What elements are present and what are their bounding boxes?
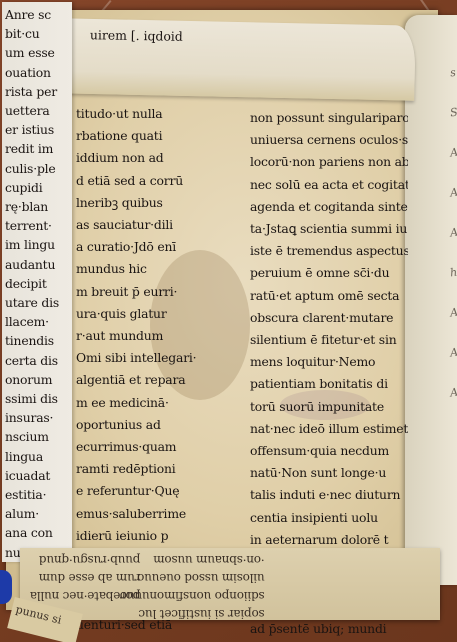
cursive-line: Aleyo <box>447 169 457 214</box>
text-line: ratū·et aptum omē secta <box>250 285 408 307</box>
text-line: decipit <box>5 274 71 293</box>
text-line: oportunius ad <box>76 414 206 436</box>
text-line: llacem· <box>5 312 71 331</box>
text-line: uettera <box>5 101 71 120</box>
text-line: insuras· <box>5 408 71 427</box>
text-line: ·on·sbnaum uusom <box>120 551 265 569</box>
text-line: terrent· <box>5 216 71 235</box>
top-strip-text: uirem [. iqdoid <box>90 27 183 44</box>
text-line: locorū·non pariens non abdit <box>250 151 408 173</box>
text-line: nscium <box>5 427 71 446</box>
text-line: um esse <box>5 43 71 62</box>
text-line: as sauciatur·dili <box>76 214 206 236</box>
text-line: r·aut mundum <box>76 325 206 347</box>
text-line: algentiā et repara <box>76 369 206 391</box>
text-line: estitia· <box>5 485 71 504</box>
text-line: ouation <box>5 63 71 82</box>
text-line: cupidi <box>5 178 71 197</box>
text-line: icuadat <box>5 466 71 485</box>
cursive-line: An <box>447 369 457 414</box>
text-line: rista per <box>5 82 71 101</box>
text-line: culis·ple <box>5 159 71 178</box>
text-line: mundus hic <box>76 258 206 280</box>
bottom-left-inverted-text: porebate·nec nulla rum ab esse dum puub·… <box>30 551 140 605</box>
text-line: nat·nec ideō illum estimet <box>250 418 408 440</box>
text-line: lingua <box>5 447 71 466</box>
text-line: idierū ieiunio p <box>76 525 206 547</box>
blue-object <box>0 570 12 604</box>
text-line: ana con <box>5 523 71 542</box>
text-line: im lingu <box>5 235 71 254</box>
text-line: ad p̄sentē ubiq; mundi <box>250 618 408 640</box>
text-line: rę·blan <box>5 197 71 216</box>
text-line: e referuntur·Quę <box>76 480 206 502</box>
text-line: mens loquitur·Nemo <box>250 351 408 373</box>
text-line: sopiar si iustificet luc <box>120 605 265 623</box>
bottom-inverted-text: sopiar si iustificet luc sdiionpo uonsfi… <box>120 551 265 623</box>
cursive-line: Seru <box>447 89 457 134</box>
text-line: m ee medicinā· <box>76 392 206 414</box>
text-line: peruium ē omne sc̄i·du <box>250 262 408 284</box>
text-line: bit·cu <box>5 24 71 43</box>
text-line: puub·rusgu·qnud <box>30 551 140 569</box>
text-line: ura·quis glatur <box>76 303 206 325</box>
text-line: sdiionpo uonsfimonuuuo <box>120 587 265 605</box>
text-line: audantu <box>5 255 71 274</box>
cursive-line: s. Ane <box>447 49 457 94</box>
text-line: er istius <box>5 120 71 139</box>
text-line: obscura clarent·mutare <box>250 307 408 329</box>
text-line: onorum <box>5 370 71 389</box>
text-line: lneribꝫ quibus <box>76 192 206 214</box>
text-line: certa dis <box>5 351 71 370</box>
text-line: offensum·quia necdum <box>250 440 408 462</box>
text-line: d etiā sed a corrū <box>76 170 206 192</box>
text-line: uilosim ussod oueuuo <box>120 569 265 587</box>
text-line: rum ab esse dum <box>30 569 140 587</box>
text-line: tinendis <box>5 331 71 350</box>
cursive-line: Ale <box>447 209 457 254</box>
cursive-line: Ant <box>447 289 457 334</box>
text-line: ramti redēptioni <box>76 458 206 480</box>
text-line: redit im <box>5 139 71 158</box>
text-line: iddium non ad <box>76 147 206 169</box>
text-line: patientiam bonitatis di <box>250 373 408 395</box>
text-line: torū suorū impunitate <box>250 396 408 418</box>
cursive-line: ho <box>447 249 457 294</box>
text-line: ssimi dis <box>5 389 71 408</box>
text-line: titudo·ut nulla <box>76 103 206 125</box>
cursive-margin-notes: s. Ane Seru Angeli Aleyo Ale ho Ant Am A… <box>410 51 457 411</box>
text-line: uniuersa cernens oculos·simul <box>250 129 408 151</box>
text-line: a curatio·Jdō enī <box>76 236 206 258</box>
text-line: alum· <box>5 504 71 523</box>
text-line: nec solū ea acta et cogitata <box>250 174 408 196</box>
text-line: rbatione quati <box>76 125 206 147</box>
text-line: iste ē tremendus aspectus <box>250 240 408 262</box>
text-line: porebate·nec nulla <box>30 587 140 605</box>
text-line: Anre sc <box>5 5 71 24</box>
cursive-line: Am <box>447 329 457 374</box>
text-line: utare dis <box>5 293 71 312</box>
text-line: emus·saluberrime <box>76 503 206 525</box>
left-fragment-text: Anre sc bit·cu um esse ouation rista per… <box>5 5 71 562</box>
text-line: Omi sibi intellegari· <box>76 347 206 369</box>
text-line: m breuit p̄ eurri· <box>76 281 206 303</box>
text-line: ta·Jstaꝗ scientia summi iu <box>250 218 408 240</box>
text-line: ecurrimus·quam <box>76 436 206 458</box>
text-line: non possunt singulariparo <box>250 107 408 129</box>
text-line: centia insipienti uolu <box>250 507 408 529</box>
cursive-line: Angeli <box>447 129 457 174</box>
text-line: natū·Non sunt longe·u <box>250 462 408 484</box>
text-line: silentium ē fitetur·et sin <box>250 329 408 351</box>
text-line: agenda et cogitanda sinte <box>250 196 408 218</box>
text-line: talis induti e·nec diuturn <box>250 484 408 506</box>
